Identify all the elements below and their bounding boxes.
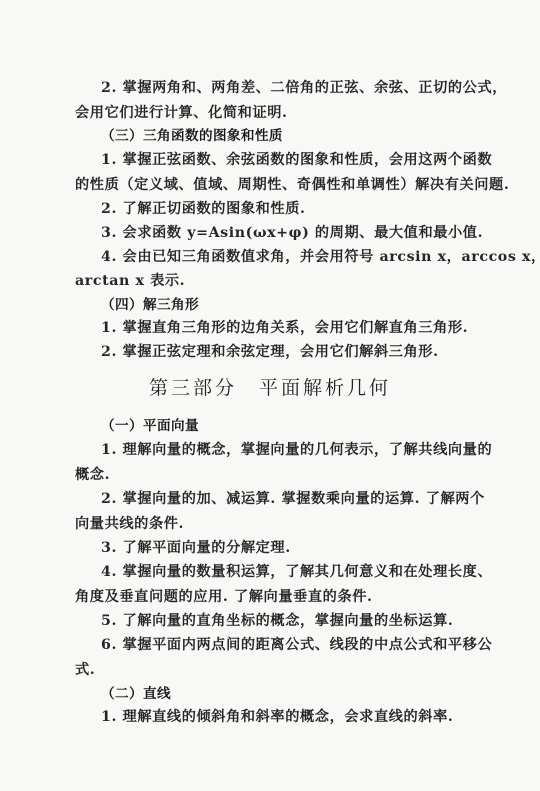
text-line: 1. 掌握正弦函数、余弦函数的图象和性质，会用这两个函数 (101, 150, 487, 170)
text-line: 1. 理解直线的倾斜角和斜率的概念，会求直线的斜率. (101, 707, 487, 727)
text-line: 3. 会求函数 y=Asin(ωx+φ) 的周期、最大值和最小值. (101, 223, 487, 243)
text-line: 的性质（定义域、值域、周期性、奇偶性和单调性）解决有关问题. (75, 175, 487, 195)
text-line: 角度及垂直问题的应用. 了解向量垂直的条件. (75, 587, 487, 607)
text-line: 式. (75, 660, 487, 680)
text-line: 会用它们进行计算、化简和证明. (75, 103, 487, 123)
section-heading: （一）平面向量 (101, 416, 487, 436)
text-line: 1. 掌握直角三角形的边角关系，会用它们解直角三角形. (101, 318, 487, 338)
text-line: 2. 掌握正弦定理和余弦定理，会用它们解斜三角形. (101, 342, 487, 362)
section-heading: （四）解三角形 (101, 295, 487, 315)
text-line: 2. 了解正切函数的图象和性质. (101, 199, 487, 219)
part-title: 第三部分 平面解析几何 (0, 373, 540, 400)
text-line: 向量共线的条件. (75, 514, 487, 534)
section-heading: （三）三角函数的图象和性质 (101, 126, 487, 146)
text-line: 5. 了解向量的直角坐标的概念，掌握向量的坐标运算. (101, 611, 487, 631)
text-line: 4. 会由已知三角函数值求角，并会用符号 arcsin x，arccos x， (101, 247, 487, 267)
text-line: 1. 理解向量的概念，掌握向量的几何表示，了解共线向量的 (101, 440, 487, 460)
text-line: 2. 掌握两角和、两角差、二倍角的正弦、余弦、正切的公式， (101, 78, 487, 98)
text-line: arctan x 表示. (75, 271, 487, 291)
text-line: 4. 掌握向量的数量积运算，了解其几何意义和在处理长度、 (101, 562, 487, 582)
text-line: 2. 掌握向量的加、减运算. 掌握数乘向量的运算. 了解两个 (101, 489, 487, 509)
section-heading: （二）直线 (101, 684, 487, 704)
document-page: 第三部分 平面解析几何 2. 掌握两角和、两角差、二倍角的正弦、余弦、正切的公式… (0, 0, 540, 791)
text-line: 6. 掌握平面内两点间的距离公式、线段的中点公式和平移公 (101, 635, 487, 655)
text-line: 概念. (75, 465, 487, 485)
text-line: 3. 了解平面向量的分解定理. (101, 538, 487, 558)
